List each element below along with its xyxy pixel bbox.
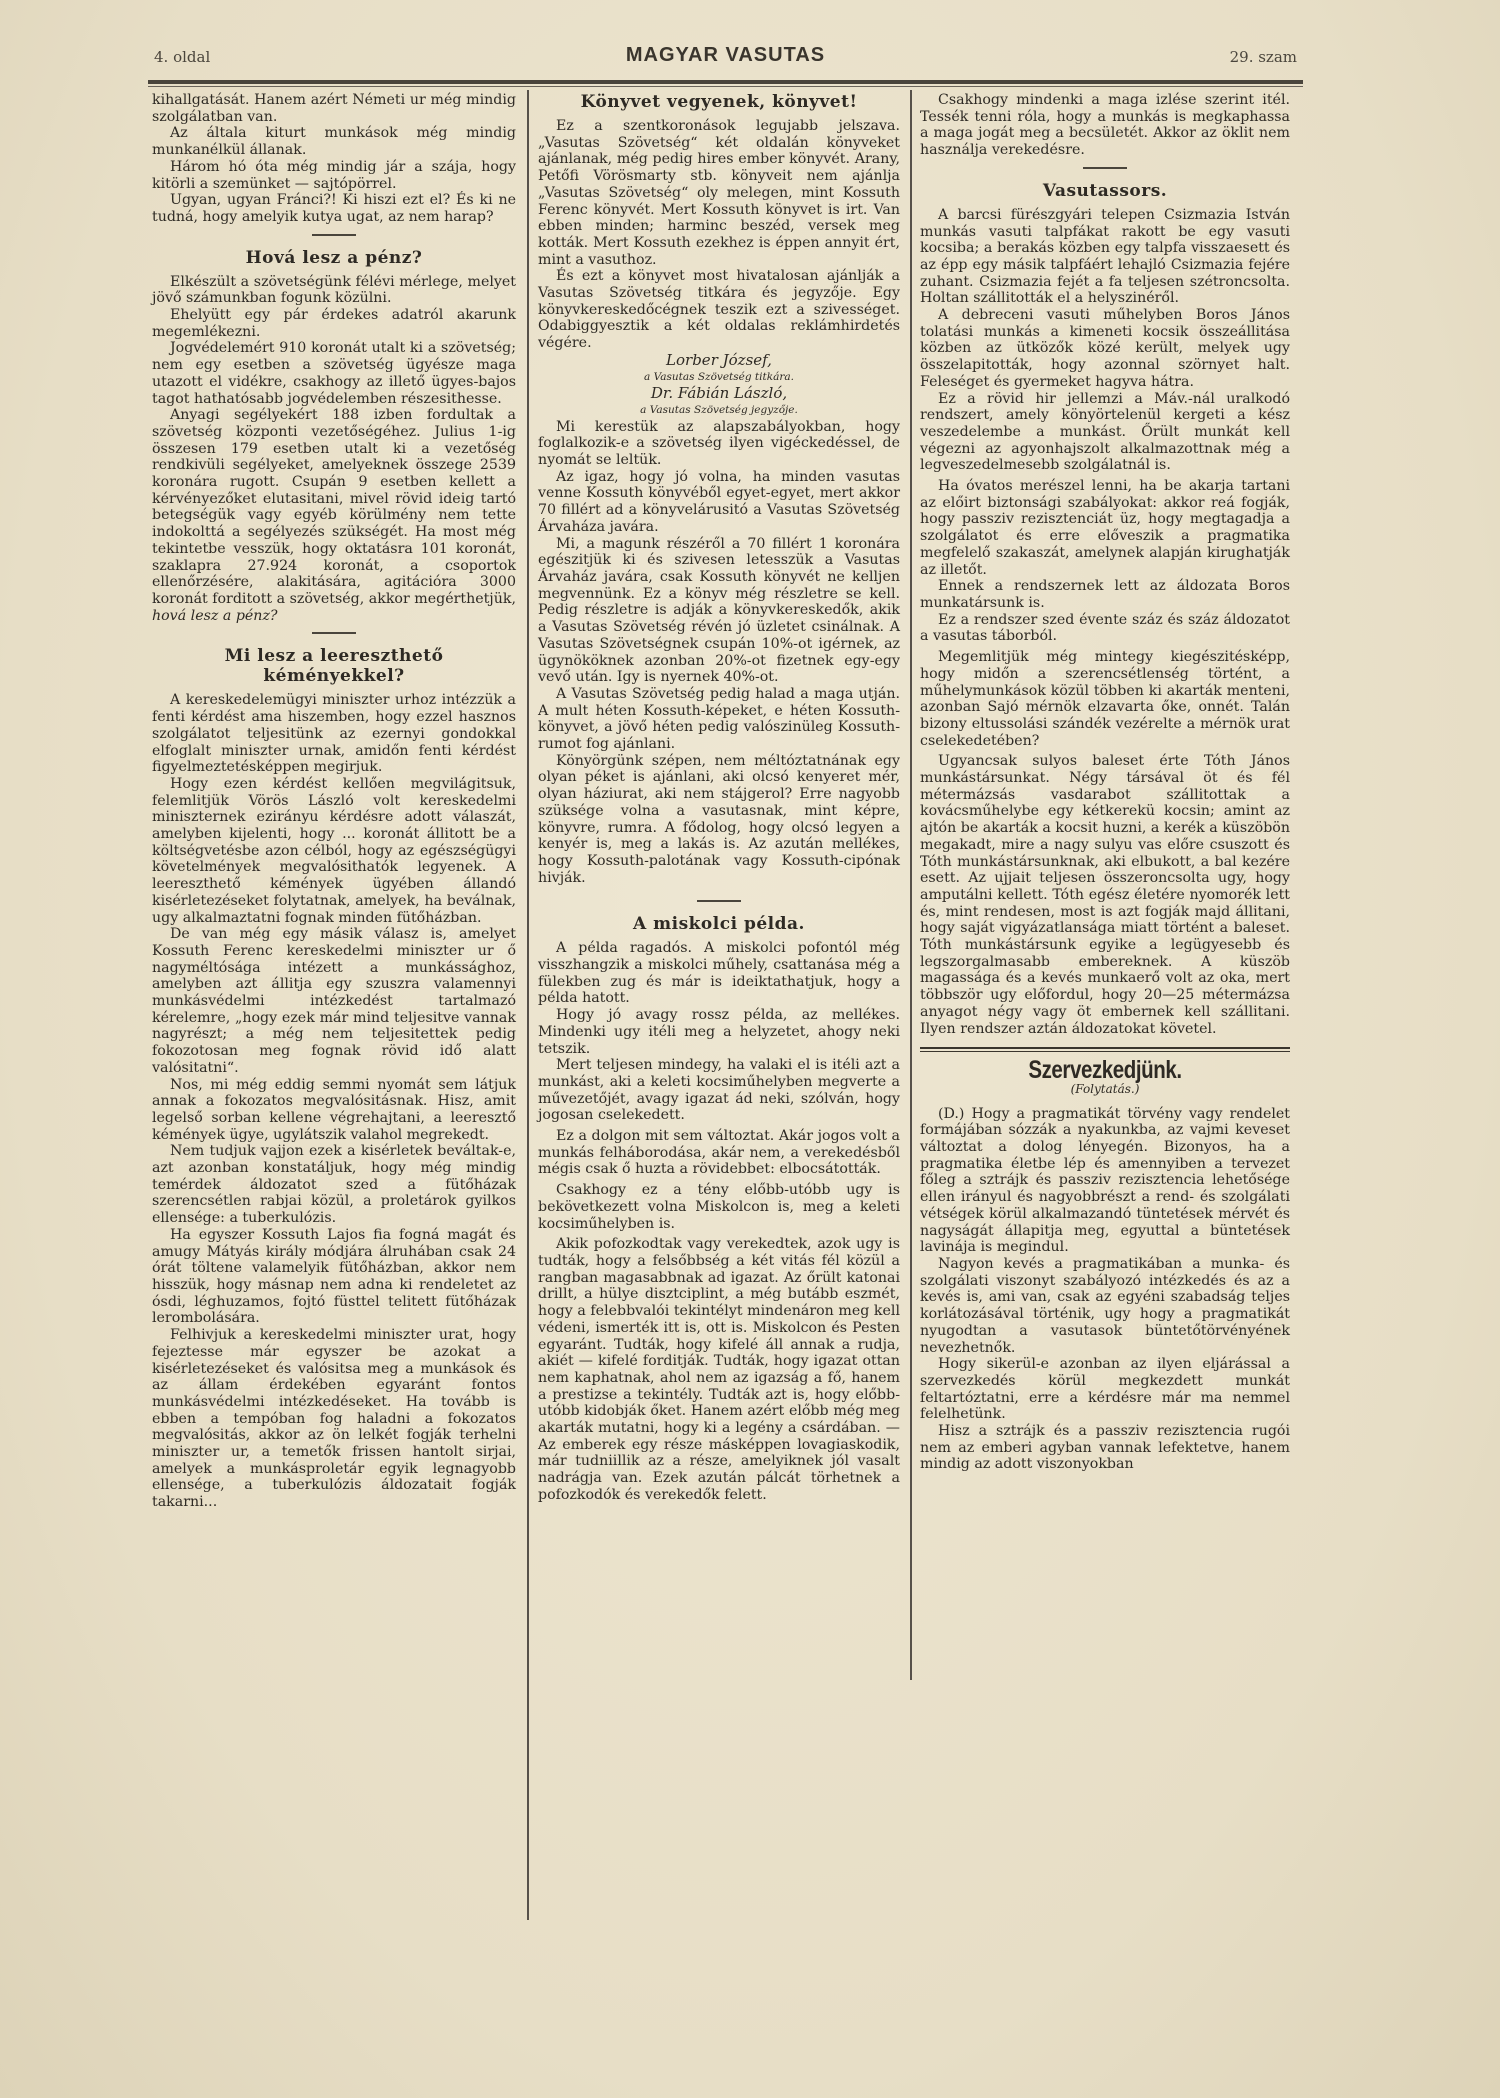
paragraph: A debreceni vasuti műhelyben Boros János… [920, 307, 1290, 391]
signature-role: a Vasutas Szövetség jegyzője. [538, 402, 900, 419]
paragraph: Mert teljesen mindegy, ha valaki el is i… [538, 1057, 900, 1124]
paragraph: Nos, mi még eddig semmi nyomát sem látju… [152, 1077, 516, 1144]
paragraph: Akik pofozkodtak vagy verekedtek, azok u… [538, 1236, 900, 1503]
paragraph: De van még egy másik válasz is, amelyet … [152, 926, 516, 1076]
paragraph: Könyörgünk szépen, nem méltóztatnának eg… [538, 753, 900, 887]
paragraph: A kereskedelemügyi miniszter urhoz intéz… [152, 692, 516, 776]
paragraph-closing: hová lesz a pénz? [152, 608, 516, 625]
masthead-rule-thin [148, 86, 1303, 87]
closing-italic: hová lesz a pénz? [152, 608, 278, 624]
paragraph: Jogvédelemért 910 koronát utalt ki a szö… [152, 340, 516, 407]
paragraph: Ez a rövid hir jellemzi a Máv.-nál uralk… [920, 391, 1290, 475]
paragraph: Ez a szentkoronások legujabb jelszava. „… [538, 118, 900, 268]
paragraph: Ehelyütt egy pár érdekes adatról akarunk… [152, 307, 516, 340]
paragraph: Csakhogy ez a tény előbb-utóbb ugy is be… [538, 1182, 900, 1232]
separator [697, 900, 741, 902]
paragraph: Mi, a magunk részéről a 70 fillért 1 kor… [538, 536, 900, 686]
column-2: Könyvet vegyenek, könyvet! Ez a szentkor… [538, 92, 900, 1504]
paragraph: Hogy ezen kérdést kellően megvilágitsuk,… [152, 776, 516, 926]
paragraph: Az általa kiturt munkások még mindig mun… [152, 125, 516, 158]
column-1: kihallgatását. Hanem azért Németi ur még… [152, 92, 516, 1511]
article-title-large: Szervezkedjünk. [953, 1062, 1256, 1079]
paragraph: Ez a dolgon mit sem változtat. Akár jogo… [538, 1128, 900, 1178]
signature-name: Lorber József, [538, 352, 900, 369]
paragraph: És ezt a könyvet most hivatalosan ajánlj… [538, 268, 900, 352]
paragraph: Mi kerestük az alapszabályokban, hogy fo… [538, 419, 900, 469]
paragraph: Ennek a rendszernek lett az áldozata Bor… [920, 578, 1290, 611]
paragraph: Hogy sikerül-e azonban az ilyen eljáráss… [920, 1356, 1290, 1423]
article-title: Vasutassors. [920, 181, 1290, 201]
article-title: A miskolci példa. [538, 914, 900, 934]
paragraph: Elkészült a szövetségünk félévi mérlege,… [152, 274, 516, 307]
paragraph: Ugyan, ugyan Fránci?! Ki hiszi ezt el? É… [152, 192, 516, 225]
masthead-rule [148, 80, 1303, 84]
signature-role: a Vasutas Szövetség titkára. [538, 369, 900, 386]
paragraph: Nem tudjuk vajjon ezek a kisérletek bevá… [152, 1143, 516, 1227]
paragraph: Csakhogy mindenki a maga izlése szerint … [920, 92, 1290, 159]
paragraph: Megemlitjük még mintegy kiegészitésképp,… [920, 649, 1290, 749]
issue-number: 29. szam [1230, 48, 1297, 66]
column-divider-2 [910, 90, 912, 1680]
paragraph: Felhivjuk a kereskedelmi miniszter urat,… [152, 1327, 516, 1511]
article-title: Hová lesz a pénz? [152, 248, 516, 268]
separator [1083, 167, 1127, 169]
paragraph: Ha óvatos merészel lenni, ha be akarja t… [920, 478, 1290, 578]
separator [312, 632, 356, 634]
masthead: 4. oldal MAGYAR VASUTAS 29. szam [148, 48, 1303, 84]
paragraph: Az igaz, hogy jó volna, ha minden vasuta… [538, 469, 900, 536]
paragraph: A barcsi fürészgyári telepen Csizmazia I… [920, 207, 1290, 307]
section-rule [920, 1047, 1290, 1049]
newspaper-title: MAGYAR VASUTAS [148, 44, 1303, 67]
paragraph: Hogy jó avagy rossz példa, az mellékes. … [538, 1007, 900, 1057]
signature-name: Dr. Fábián László, [538, 385, 900, 402]
paragraph: (D.) Hogy a pragmatikát törvény vagy ren… [920, 1106, 1290, 1256]
paragraph: A példa ragadós. A miskolci pofontól még… [538, 940, 900, 1007]
paragraph: Ez a rendszer szed évente száz és száz á… [920, 612, 1290, 645]
paragraph: Hisz a sztrájk és a passziv rezisztencia… [920, 1423, 1290, 1473]
section-rule-thin [920, 1051, 1290, 1052]
column-divider-1 [527, 90, 529, 1920]
separator [312, 234, 356, 236]
newspaper-page: 4. oldal MAGYAR VASUTAS 29. szam kihallg… [0, 0, 1500, 2098]
paragraph: Ugyancsak sulyos baleset érte Tóth János… [920, 753, 1290, 1037]
article-title: Könyvet vegyenek, könyvet! [538, 92, 900, 112]
column-3: Csakhogy mindenki a maga izlése szerint … [920, 92, 1290, 1473]
paragraph: Anyagi segélyekért 188 izben fordultak a… [152, 407, 516, 607]
paragraph: Ha egyszer Kossuth Lajos fia fogná magát… [152, 1227, 516, 1327]
paragraph: Három hó óta még mindig jár a szája, hog… [152, 159, 516, 192]
paragraph: A Vasutas Szövetség pedig halad a maga u… [538, 686, 900, 753]
article-title: Mi lesz a leereszthető kéményekkel? [214, 646, 454, 686]
paragraph: Nagyon kevés a pragmatikában a munka- és… [920, 1256, 1290, 1356]
paragraph: kihallgatását. Hanem azért Németi ur még… [152, 92, 516, 125]
